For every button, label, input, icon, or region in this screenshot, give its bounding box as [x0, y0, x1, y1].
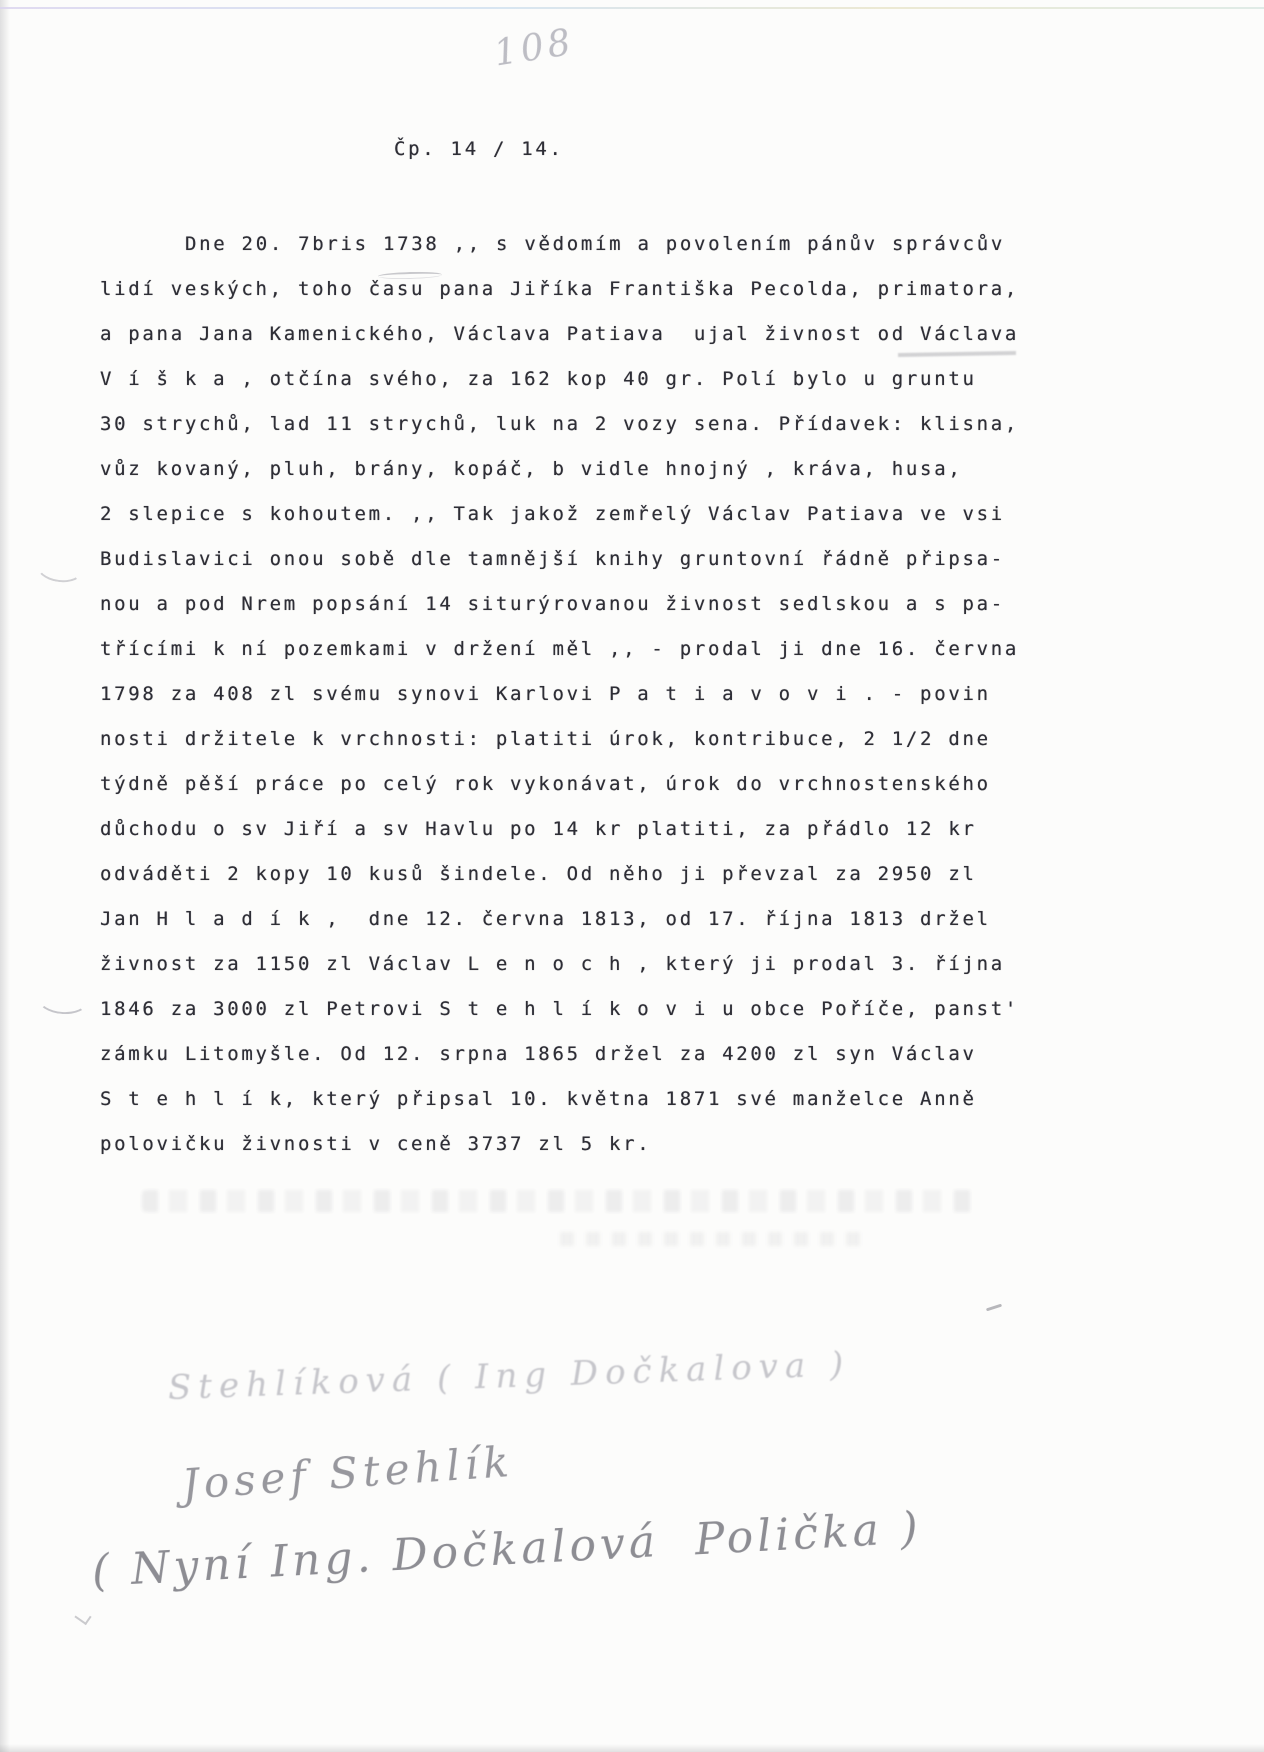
- body-line: Budislavici onou sobě dle tamnější knihy…: [100, 537, 1019, 582]
- body-line: V í š k a , otčína svého, za 162 kop 40 …: [100, 357, 1019, 402]
- ink-bleed-through: [142, 1190, 980, 1212]
- body-line: zámku Litomyšle. Od 12. srpna 1865 držel…: [100, 1032, 1019, 1077]
- ink-bleed-through: [560, 1232, 860, 1246]
- margin-curve-mark: [37, 984, 89, 1015]
- handwritten-page-number: 108: [491, 22, 577, 75]
- body-line: Dne 20. 7bris 1738 ,, s vědomím a povole…: [100, 222, 1019, 267]
- body-line: nosti držitele k vrchnosti: platiti úrok…: [100, 717, 1019, 762]
- body-line: polovičku živnosti v ceně 3737 zl 5 kr.: [100, 1122, 1019, 1167]
- body-line: a pana Jana Kamenického, Václava Patiava…: [100, 312, 1019, 357]
- body-line: důchodu o sv Jiří a sv Havlu po 14 kr pl…: [100, 807, 1019, 852]
- document-title: Čp. 14 / 14.: [394, 138, 564, 160]
- body-line: Jan H l a d í k , dne 12. června 1813, o…: [100, 897, 1019, 942]
- margin-curve-mark: [34, 549, 86, 585]
- body-line: vůz kovaný, pluh, brány, kopáč, b vidle …: [100, 447, 1019, 492]
- scan-artifact-top-line: [0, 7, 1264, 9]
- scan-artifact-bottom-edge: [0, 1744, 1264, 1752]
- body-line: nou a pod Nrem popsání 14 siturýrovanou …: [100, 582, 1019, 627]
- handwritten-note-current: ( Nyní Ing. Dočkalová Polička ): [91, 1503, 923, 1597]
- body-line: 1846 za 3000 zl Petrovi S t e h l í k o …: [100, 987, 1019, 1032]
- handwritten-signature: Josef Stehlík: [180, 1437, 515, 1509]
- body-line: odváděti 2 kopy 10 kusů šindele. Od něho…: [100, 852, 1019, 897]
- scanned-document-page: 108 Čp. 14 / 14. Dne 20. 7bris 1738 ,, s…: [0, 0, 1264, 1752]
- body-line: živnost za 1150 zl Václav L e n o c h , …: [100, 942, 1019, 987]
- handwritten-note-faint: Stehlíková ( Ing Dočkalova ): [167, 1344, 851, 1408]
- pencil-dash-mark: [986, 1304, 1002, 1312]
- document-body-text: Dne 20. 7bris 1738 ,, s vědomím a povole…: [100, 222, 1019, 1167]
- body-line: týdně pěší práce po celý rok vykonávat, …: [100, 762, 1019, 807]
- body-line: S t e h l í k, který připsal 10. května …: [100, 1077, 1019, 1122]
- body-line: 1798 za 408 zl svému synovi Karlovi P a …: [100, 672, 1019, 717]
- body-line: 30 strychů, lad 11 strychů, luk na 2 voz…: [100, 402, 1019, 447]
- body-line: třícími k ní pozemkami v držení měl ,, -…: [100, 627, 1019, 672]
- body-line: 2 slepice s kohoutem. ,, Tak jakož zemře…: [100, 492, 1019, 537]
- pencil-tick-mark: [74, 1609, 91, 1625]
- body-line: lidí veských, toho času pana Jiříka Fran…: [100, 267, 1019, 312]
